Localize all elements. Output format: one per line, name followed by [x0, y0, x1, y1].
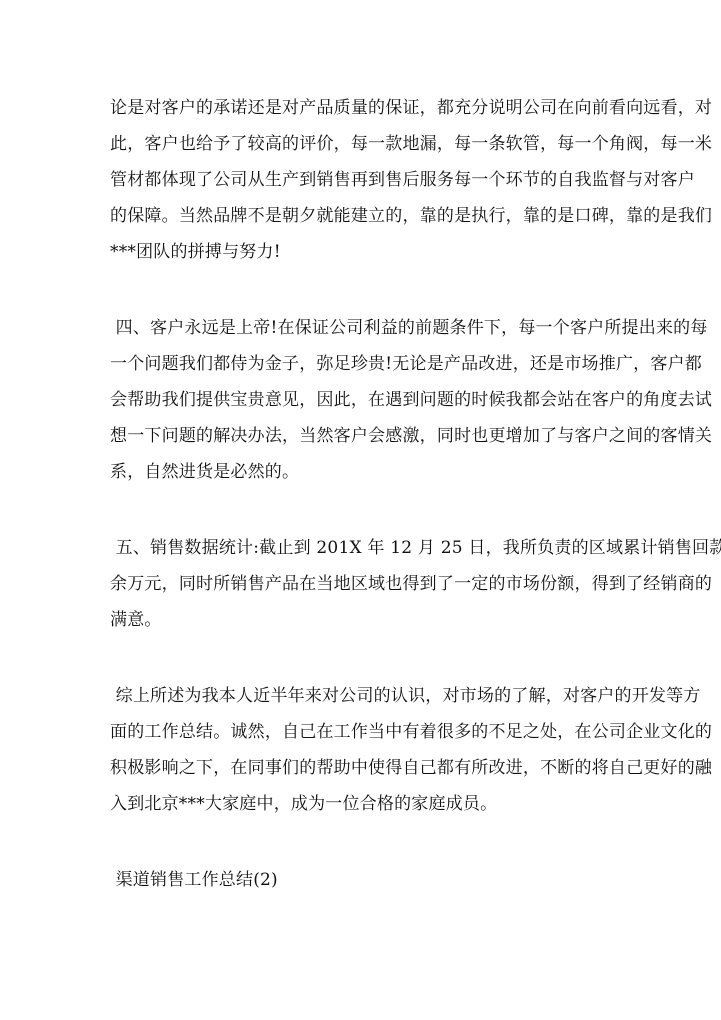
text-line: 管材都体现了公司从生产到销售再到售后服务每一个环节的自我监督与对客户: [110, 170, 615, 190]
text-line: ***团队的拼搏与努力!: [110, 242, 281, 262]
text-line: 积极影响之下，在同事们的帮助中使得自己都有所改进，不断的将自己更好的融: [110, 758, 615, 778]
text-line: 综上所述为我本人近半年来对公司的认识，对市场的了解，对客户的开发等方: [110, 686, 615, 706]
text-line: 一个问题我们都侍为金子，弥足珍贵!无论是产品改进，还是市场推广，客户都: [110, 354, 615, 374]
text-line: 系，自然进货是必然的。: [110, 462, 299, 482]
text-line: 四、客户永远是上帝!在保证公司利益的前题条件下，每一个客户所提出来的每: [110, 318, 615, 338]
text-line: 面的工作总结。诚然，自己在工作当中有着很多的不足之处，在公司企业文化的: [110, 722, 615, 742]
text-line: 想一下问题的解决办法，当然客户会感激，同时也更增加了与客户之间的客情关: [110, 426, 615, 446]
section-heading: 渠道销售工作总结(2): [110, 870, 278, 890]
text-line: 的保障。当然品牌不是朝夕就能建立的，靠的是执行，靠的是口碑，靠的是我们: [110, 206, 615, 226]
text-line: 余万元，同时所销售产品在当地区域也得到了一定的市场份额，得到了经销商的: [110, 574, 615, 594]
text-line: 论是对客户的承诺还是对产品质量的保证，都充分说明公司在向前看向远看，对: [110, 98, 615, 118]
text-line: 五、销售数据统计:截止到 201X 年 12 月 25 日，我所负责的区域累计销…: [110, 538, 615, 558]
text-line: 入到北京***大家庭中，成为一位合格的家庭成员。: [110, 794, 497, 814]
text-line: 满意。: [110, 610, 162, 630]
text-line: 会帮助我们提供宝贵意见，因此，在遇到问题的时候我都会站在客户的角度去试: [110, 390, 615, 410]
text-line: 此，客户也给予了较高的评价，每一款地漏，每一条软管，每一个角阀，每一米: [110, 134, 615, 154]
